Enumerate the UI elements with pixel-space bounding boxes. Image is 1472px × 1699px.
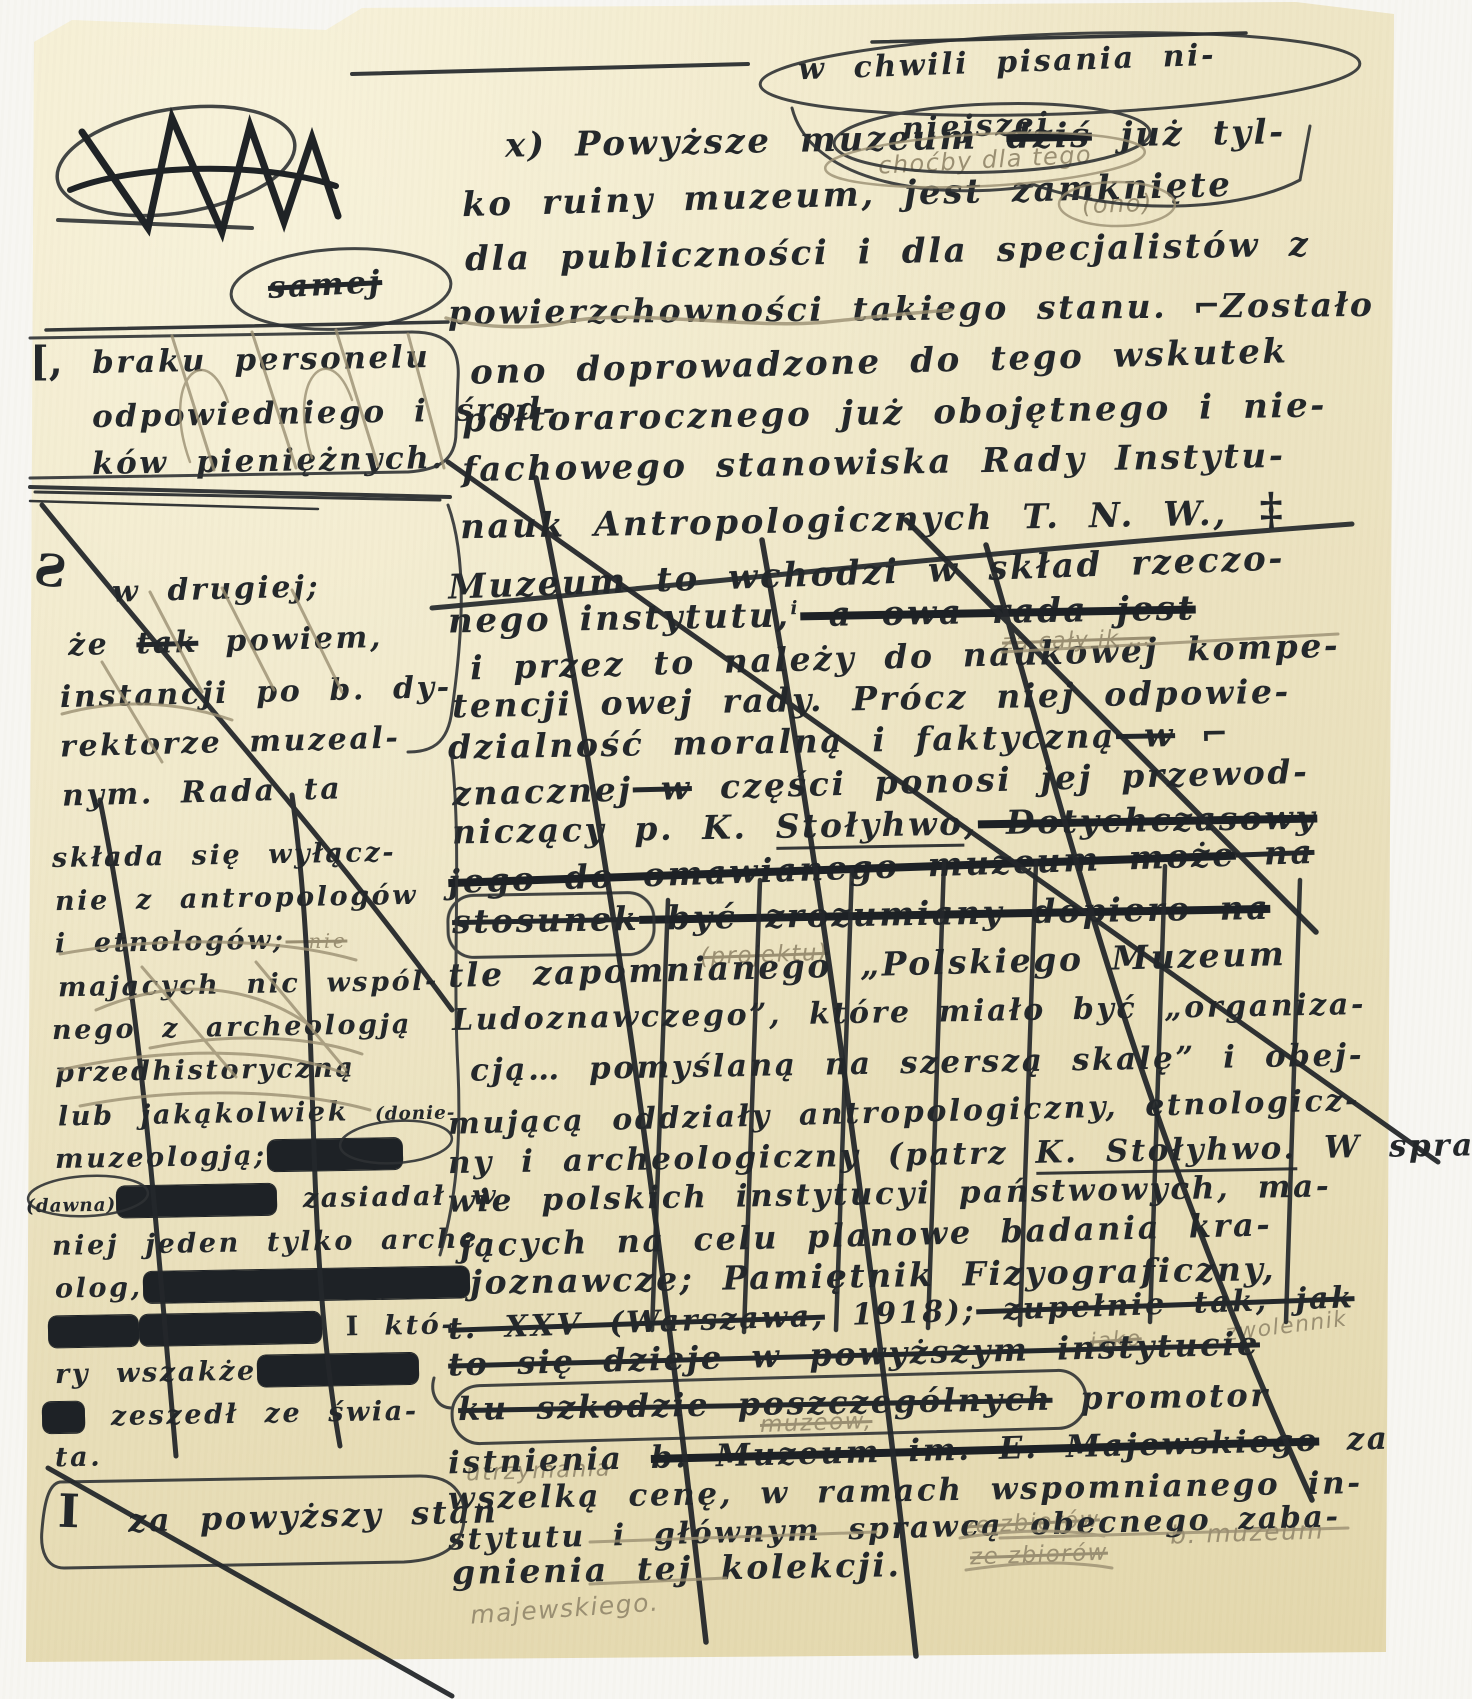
manuscript-line: ry wszakże niedaw- <box>55 1355 419 1388</box>
text-segment: olog, <box>55 1272 143 1305</box>
text-segment: (donie- <box>375 1103 456 1125</box>
text-segment: K. Stołyhwo. <box>1035 1130 1297 1175</box>
manuscript-line: olog, który go wszak- <box>55 1268 471 1302</box>
text-segment: nym. Rada ta <box>62 771 343 813</box>
verdict-note: za powyższy stan <box>128 1495 499 1537</box>
manuscript-line: rektorze muzeal- <box>60 724 401 763</box>
text-segment: muzeologją; <box>55 1140 267 1175</box>
text-segment: nego z archeologją <box>52 1009 413 1046</box>
manuscript-line: odpowiedniego i środ- <box>92 394 558 433</box>
text-segment: ry wszakże <box>55 1356 257 1391</box>
margin-bracket-mark: [, <box>30 342 63 382</box>
text-segment: nego instytutu, <box>448 596 791 642</box>
text-segment: W spra- <box>1296 1127 1472 1166</box>
text-segment: niedaw- <box>257 1353 420 1387</box>
manuscript-line: nym. Rada ta <box>62 774 343 811</box>
text-segment: zeszedł ze świa- <box>85 1396 419 1433</box>
text-segment: powiem, <box>198 620 384 660</box>
text-segment: dziś <box>1006 116 1092 157</box>
text-segment: lub jakąkolwiek <box>58 1096 375 1133</box>
text-segment: w <box>632 768 692 809</box>
text-segment: na <box>1235 832 1315 874</box>
text-segment: któ- <box>358 1309 455 1342</box>
manuscript-line: niej jeden tylko arche- <box>52 1225 493 1260</box>
text-segment: i etnologów; <box>55 925 286 960</box>
manuscript-line: i etnologów; nie <box>55 925 348 957</box>
text-segment: mających nic wspól- <box>58 966 439 1004</box>
text-segment: Stołyhwo <box>775 804 964 850</box>
text-segment: nie z antropologów <box>55 880 419 917</box>
text-segment: i już <box>48 1315 140 1348</box>
text-segment: że <box>68 626 137 663</box>
manuscript-line: ta. <box>55 1444 103 1472</box>
manuscript-line: powierzchowności takiego stanu. ⌐Zostało <box>448 288 1375 329</box>
text-segment: (dawna) <box>26 1195 117 1218</box>
manuscript-line: braku personelu <box>92 342 431 379</box>
text-segment: ‡ <box>1227 483 1286 536</box>
text-segment: dawniej <box>116 1184 277 1218</box>
manuscript-line: muzeologją; donie- <box>55 1140 404 1173</box>
text-segment: ⌐ <box>1167 286 1220 325</box>
pencil-note: ze zbiorów <box>970 1542 1109 1570</box>
text-segment: 1918); <box>824 1293 977 1333</box>
text-segment: braku personelu <box>92 339 431 381</box>
paragraph-mark: Ƨ <box>31 548 69 596</box>
text-segment: składa się wyłącz- <box>52 837 397 874</box>
text-segment: w drugiej; <box>112 569 321 609</box>
manuscript-line: ków pieniężnych. <box>92 443 445 480</box>
manuscript-line: gnienia tej kolekcji. <box>452 1548 902 1589</box>
text-segment: istnienia <box>448 1440 652 1481</box>
text-segment: w <box>1116 715 1176 755</box>
text-segment: promotor <box>1052 1376 1270 1418</box>
text-segment: Zostało <box>1220 285 1375 325</box>
text-segment: ze zbiorów <box>970 1540 1109 1571</box>
manuscript-line: no zeszedł ze świa- <box>42 1398 419 1432</box>
verdict-bracket-mark: I <box>57 1488 80 1535</box>
text-segment: za <box>1319 1421 1390 1459</box>
text-segment: już tyl- <box>1092 112 1287 155</box>
text-segment: I <box>322 1311 359 1343</box>
rejected-word: samej <box>267 267 383 304</box>
manuscript-line: nie z antropologów <box>55 882 419 915</box>
text-segment: gnienia tej kolekcji. <box>452 1545 902 1592</box>
text-segment: donie- <box>266 1138 403 1171</box>
text-segment: ków pieniężnych. <box>92 440 445 482</box>
text-segment: przedhistoryczną <box>55 1052 356 1088</box>
text-segment: , <box>963 803 978 842</box>
text-segment: stosunek <box>452 899 640 941</box>
manuscript-line: składa się wyłącz- <box>52 839 397 872</box>
manuscript-line: że tak powiem, <box>68 623 384 661</box>
text-segment: a owa rada jest <box>800 588 1196 635</box>
text-segment: który go wszak- <box>142 1266 470 1303</box>
manuscript-line: i już nie dbał I któ- <box>48 1311 456 1345</box>
text-segment: znacznej <box>452 769 634 813</box>
manuscript-line: w drugiej; <box>112 572 321 607</box>
text-segment: powierzchowności takiego stanu. <box>448 287 1168 332</box>
text-segment: zasiadał w <box>277 1180 499 1215</box>
text-segment: [, <box>30 338 63 385</box>
manuscript-line: nego z archeologją <box>52 1011 412 1044</box>
text-segment: tak <box>136 625 199 662</box>
text-segment: nie dbał <box>139 1312 322 1346</box>
text-segment: nie <box>285 928 347 953</box>
text-segment: I <box>57 1484 80 1539</box>
manuscript-line: mających nic wspól- <box>58 968 439 1002</box>
manuscript-line: przedhistoryczną <box>55 1054 356 1086</box>
scanned-manuscript: w chwili pisania ni-niejszejx) Powyższe … <box>0 0 1472 1699</box>
text-segment: no <box>42 1402 85 1434</box>
text-segment: ⌐ <box>1175 714 1229 754</box>
text-segment: niczący p. K. <box>452 807 776 852</box>
text-segment: samej <box>267 264 383 306</box>
text-segment: ta. <box>55 1442 103 1474</box>
